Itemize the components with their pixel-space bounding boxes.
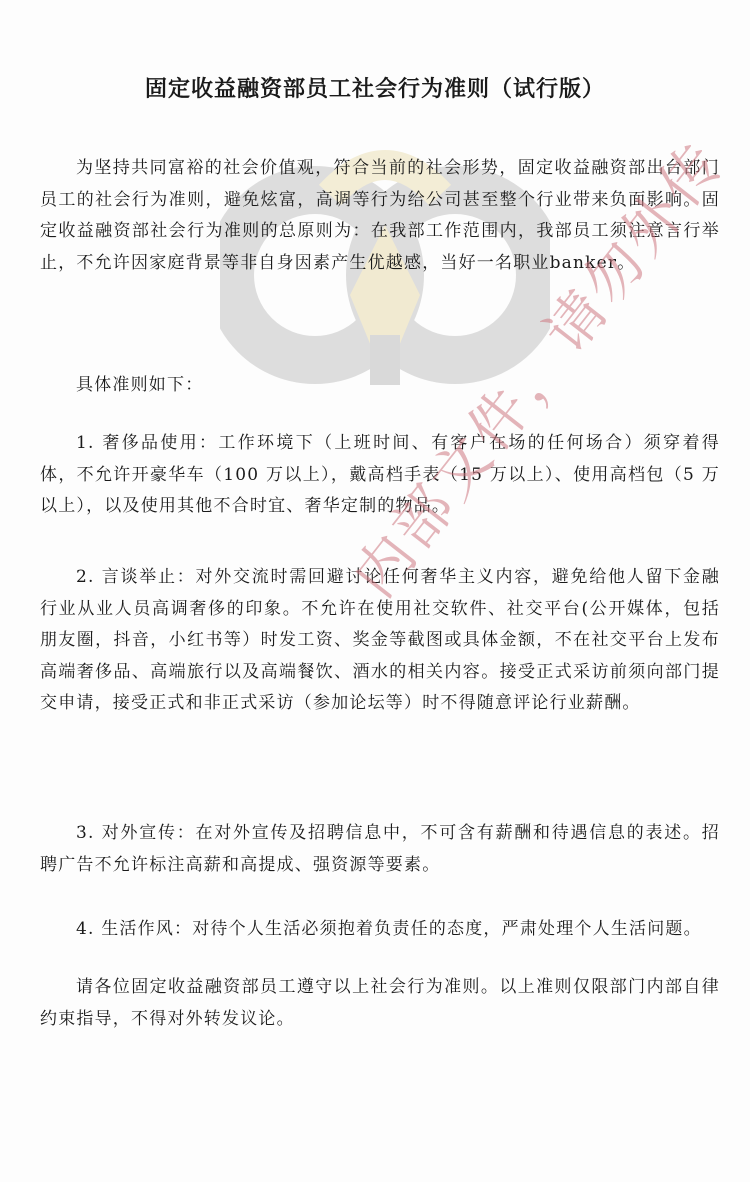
- intro-paragraph: 为坚持共同富裕的社会价值观，符合当前的社会形势，固定收益融资部出台部门员工的社会…: [40, 153, 720, 279]
- rule-1-luxury-goods: 1. 奢侈品使用：工作环境下（上班时间、有客户在场的任何场合）须穿着得体，不允许…: [40, 428, 720, 523]
- document-page: 固定收益融资部员工社会行为准则（试行版） 为坚持共同富裕的社会价值观，符合当前的…: [0, 0, 750, 1182]
- rule-2-speech-conduct: 2. 言谈举止：对外交流时需回避讨论任何奢华主义内容，避免给他人留下金融行业从业…: [40, 562, 720, 720]
- document-title: 固定收益融资部员工社会行为准则（试行版）: [0, 72, 750, 103]
- rule-4-lifestyle: 4. 生活作风：对待个人生活必须抱着负责任的态度，严肃处理个人生活问题。: [40, 914, 720, 946]
- rules-heading: 具体准则如下：: [40, 370, 720, 402]
- closing-paragraph: 请各位固定收益融资部员工遵守以上社会行为准则。以上准则仅限部门内部自律约束指导，…: [40, 972, 720, 1035]
- rule-3-external-publicity: 3. 对外宣传：在对外宣传及招聘信息中，不可含有薪酬和待遇信息的表述。招聘广告不…: [40, 818, 720, 881]
